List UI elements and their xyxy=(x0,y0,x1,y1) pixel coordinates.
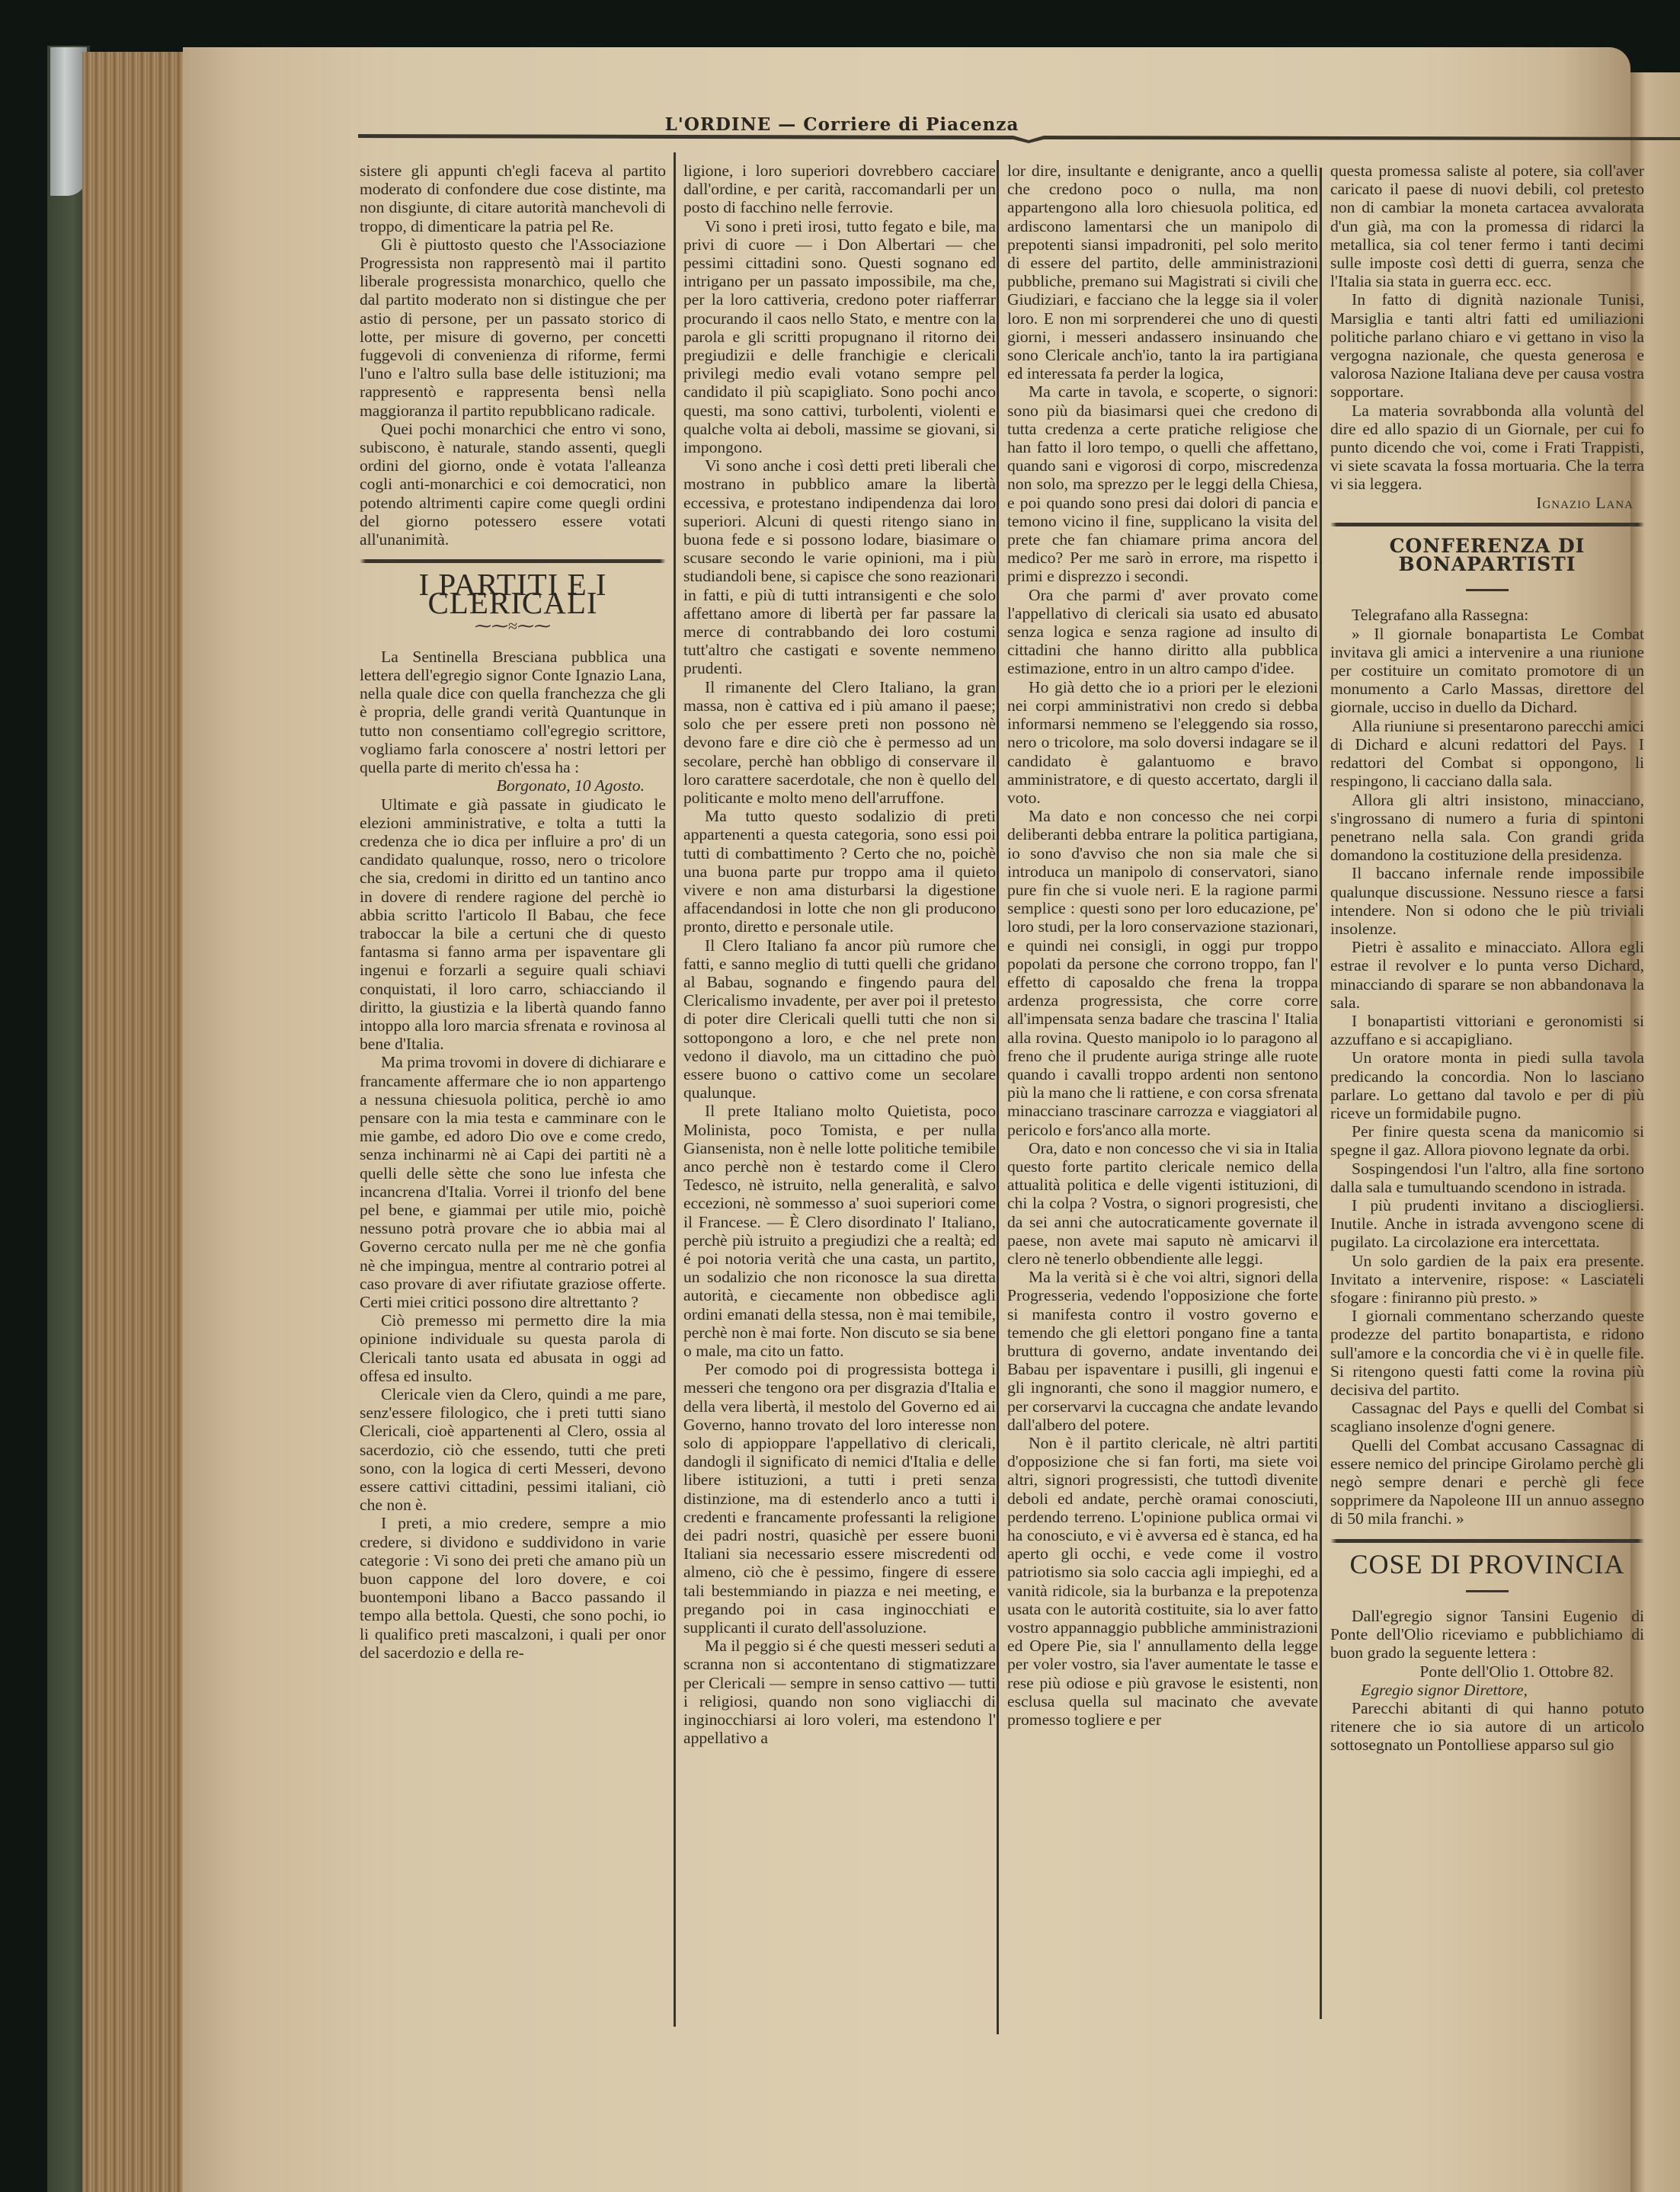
section-divider xyxy=(360,559,666,563)
paragraph: Ma carte in tavola, e scoperte, o signor… xyxy=(1007,382,1318,585)
paragraph: Parecchi abitanti di qui hanno potuto ri… xyxy=(1330,1699,1644,1755)
paragraph: In fatto di dignità nazionale Tunisi, Ma… xyxy=(1330,290,1644,401)
flourish-ornament: ⁓⁓≈⁓⁓ xyxy=(360,617,666,635)
title-dash xyxy=(1330,577,1644,595)
section-title-partiti-clericali: I PARTITI E I CLERICALI xyxy=(360,575,666,612)
column-1: sistere gli appunti ch'egli faceva al pa… xyxy=(360,162,666,1662)
paragraph: Pietri è assalito e minacciato. Allora e… xyxy=(1330,938,1644,1012)
paragraph: Telegrafano alla Rassegna: xyxy=(1330,606,1644,624)
paragraph: I preti, a mio credere, sempre a mio cre… xyxy=(360,1514,666,1662)
paragraph: » Il giornale bonapartista Le Combat inv… xyxy=(1330,625,1644,717)
title-dash xyxy=(1330,1578,1644,1596)
column-3: lor dire, insultante e denigrante, anco … xyxy=(1007,162,1318,1729)
page-header: L'ORDINE — Corriere di Piacenza xyxy=(362,114,1322,135)
column-2: ligione, i loro superiori dovrebbero cac… xyxy=(683,162,996,1747)
paragraph: Ho già detto che io a priori per le elez… xyxy=(1007,678,1318,807)
paragraph: I più prudenti invitano a disciogliersi.… xyxy=(1330,1196,1644,1252)
letter-dateline: Borgonato, 10 Agosto. xyxy=(360,776,666,795)
section-title-bonapartisti: CONFERENZA DI BONAPARTISTI xyxy=(1330,537,1644,574)
paragraph: questa promessa saliste al potere, sia c… xyxy=(1330,162,1644,290)
paragraph: Il prete Italiano molto Quietista, poco … xyxy=(683,1102,996,1360)
paragraph: Vi sono i preti irosi, tutto fegato e bi… xyxy=(683,217,996,457)
paragraph: Non è il partito clericale, nè altri par… xyxy=(1007,1434,1318,1729)
paragraph: lor dire, insultante e denigrante, anco … xyxy=(1007,162,1318,382)
paragraph: Il Clero Italiano fa ancor più rumore ch… xyxy=(683,936,996,1102)
paragraph: Ma il peggio si é che questi messeri sed… xyxy=(683,1637,996,1747)
paragraph: Ma prima trovomi in dovere di dichiarare… xyxy=(360,1053,666,1311)
letter-salutation: Egregio signor Direttore, xyxy=(1330,1681,1644,1699)
section-divider xyxy=(1330,523,1644,526)
column-divider-3 xyxy=(1320,168,1322,2019)
paragraph: Dall'egregio signor Tansini Eugenio di P… xyxy=(1330,1607,1644,1662)
author-signature: Ignazio Lana xyxy=(1330,494,1644,512)
letter-dateline: Ponte dell'Olio 1. Ottobre 82. xyxy=(1330,1662,1644,1681)
paragraph: Quelli del Combat accusano Cassagnac di … xyxy=(1330,1436,1644,1528)
paragraph: Ora che parmi d' aver provato come l'app… xyxy=(1007,586,1318,678)
masthead-title: L'ORDINE — Corriere di Piacenza xyxy=(665,114,1019,135)
header-rule xyxy=(358,133,1680,143)
paragraph: Per finire questa scena da manicomio si … xyxy=(1330,1122,1644,1159)
paragraph: Un oratore monta in piedi sulla tavola p… xyxy=(1330,1048,1644,1122)
paragraph: Ora, dato e non concesso che vi sia in I… xyxy=(1007,1139,1318,1268)
paragraph: Cassagnac del Pays e quelli del Combat s… xyxy=(1330,1399,1644,1435)
paragraph: Ma tutto questo sodalizio di preti appar… xyxy=(683,807,996,936)
paragraph: Ciò premesso mi permetto dire la mia opi… xyxy=(360,1311,666,1385)
paragraph: Il baccano infernale rende impossibile q… xyxy=(1330,864,1644,938)
paragraph: Gli è piuttosto questo che l'Associazion… xyxy=(360,235,666,420)
paragraph: La materia sovrabbonda alla voluntà del … xyxy=(1330,402,1644,494)
column-divider-2 xyxy=(997,160,999,2034)
paragraph: ligione, i loro superiori dovrebbero cac… xyxy=(683,162,996,217)
paragraph: I bonapartisti vittoriani e geronomisti … xyxy=(1330,1012,1644,1048)
paragraph: Alla riuniune si presentarono parecchi a… xyxy=(1330,717,1644,791)
stacked-page-edges xyxy=(82,52,185,2192)
paragraph: Clericale vien da Clero, quindi a me par… xyxy=(360,1385,666,1514)
section-divider xyxy=(1330,1539,1644,1543)
metal-corner-protector xyxy=(50,47,87,196)
paragraph: Allora gli altri insistono, minacciano, … xyxy=(1330,791,1644,865)
paragraph: Quei pochi monarchici che entro vi sono,… xyxy=(360,420,666,549)
column-divider-1 xyxy=(674,152,676,2027)
paragraph: Il rimanente del Clero Italiano, la gran… xyxy=(683,678,996,807)
column-4: questa promessa saliste al potere, sia c… xyxy=(1330,162,1644,1755)
paragraph: Ma dato e non concesso che nei corpi del… xyxy=(1007,807,1318,1139)
paragraph: Per comodo poi di progressista bottega i… xyxy=(683,1360,996,1637)
paragraph: sistere gli appunti ch'egli faceva al pa… xyxy=(360,162,666,235)
article-intro: La Sentinella Bresciana pubblica una let… xyxy=(360,648,666,776)
section-title-cose-provincia: COSE DI PROVINCIA xyxy=(1330,1555,1644,1573)
paragraph: Un solo gardien de la paix era presente.… xyxy=(1330,1252,1644,1307)
paragraph: I giornali commentano scherzando queste … xyxy=(1330,1307,1644,1399)
paragraph: Sospingendosi l'un l'altro, alla fine so… xyxy=(1330,1160,1644,1196)
paragraph: Ultimate e già passate in giudicato le e… xyxy=(360,795,666,1054)
paragraph: Vi sono anche i così detti preti liberal… xyxy=(683,456,996,677)
paragraph: Ma la verità si è che voi altri, signori… xyxy=(1007,1268,1318,1434)
